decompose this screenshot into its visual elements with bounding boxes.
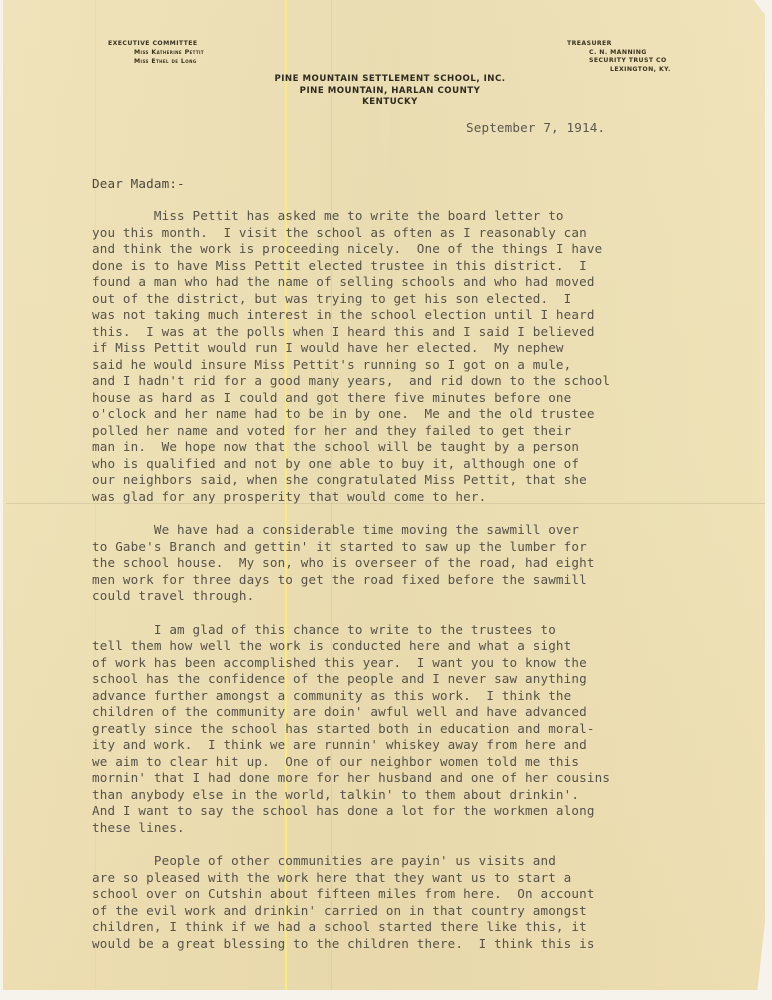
paragraph: Miss Pettit has asked me to write the bo… [92,208,712,505]
text-line: of the evil work and drinkin' carried on… [92,903,712,920]
text-line: done is to have Miss Pettit elected trus… [92,258,712,275]
text-line: and think the work is proceeding nicely.… [92,241,712,258]
text-line: this. I was at the polls when I heard th… [92,324,712,341]
text-line: o'clock and her name had to be in by one… [92,406,712,423]
text-line: People of other communities are payin' u… [92,853,712,870]
letter-salutation: Dear Madam:- [92,176,185,191]
text-line: would be a great blessing to the childre… [92,936,712,953]
paragraph: I am glad of this chance to write to the… [92,622,712,837]
paragraph: People of other communities are payin' u… [92,853,712,952]
text-line: mornin' that I had done more for her hus… [92,770,712,787]
text-line: who is qualified and not by one able to … [92,456,712,473]
text-line: and I hadn't rid for a good many years, … [92,373,712,390]
organization-state: KENTUCKY [250,97,530,109]
text-line: Miss Pettit has asked me to write the bo… [92,208,712,225]
letterhead-executive-committee: EXECUTIVE COMMITTEE Miss Katherine Petti… [108,39,204,66]
text-line: our neighbors said, when she congratulat… [92,472,712,489]
text-line: tell them how well the work is conducted… [92,638,712,655]
text-line: school over on Cutshin about fifteen mil… [92,886,712,903]
text-line: found a man who had the name of selling … [92,274,712,291]
paragraph: We have had a considerable time moving t… [92,522,712,605]
letter-body: Miss Pettit has asked me to write the bo… [92,208,712,969]
committee-heading: EXECUTIVE COMMITTEE [108,39,204,48]
text-line: the school house. My son, who is oversee… [92,555,712,572]
text-line: ity and work. I think we are runnin' whi… [92,737,712,754]
text-line: children, I think if we had a school sta… [92,919,712,936]
text-line: of work has been accomplished this year.… [92,655,712,672]
text-line: out of the district, but was trying to g… [92,291,712,308]
organization-name: PINE MOUNTAIN SETTLEMENT SCHOOL, INC. [250,74,530,86]
text-line: than anybody else in the world, talkin' … [92,787,712,804]
text-line: house as hard as I could and got there f… [92,390,712,407]
text-line: men work for three days to get the road … [92,572,712,589]
treasurer-heading: TREASURER [567,40,671,49]
text-line: are so pleased with the work here that t… [92,870,712,887]
committee-member: Miss Ethel de Long [108,57,204,66]
text-line: if Miss Pettit would run I would have he… [92,340,712,357]
text-line: And I want to say the school has done a … [92,803,712,820]
treasurer-name: C. N. MANNING [567,49,671,58]
text-line: children of the community are doin' awfu… [92,704,712,721]
text-line: man in. We hope now that the school will… [92,439,712,456]
text-line: We have had a considerable time moving t… [92,522,712,539]
text-line: advance further amongst a community as t… [92,688,712,705]
text-line: I am glad of this chance to write to the… [92,622,712,639]
letterhead-treasurer: TREASURER C. N. MANNING SECURITY TRUST C… [567,40,671,74]
text-line: these lines. [92,820,712,837]
text-line: to Gabe's Branch and gettin' it started … [92,539,712,556]
text-line: could travel through. [92,588,712,605]
text-line: school has the confidence of the people … [92,671,712,688]
text-line: we aim to clear hit up. One of our neigh… [92,754,712,771]
organization-location: PINE MOUNTAIN, HARLAN COUNTY [250,86,530,98]
text-line: said he would insure Miss Pettit's runni… [92,357,712,374]
letterhead-organization: PINE MOUNTAIN SETTLEMENT SCHOOL, INC. PI… [250,74,530,109]
text-line: was glad for any prosperity that would c… [92,489,712,506]
letter-date: September 7, 1914. [466,120,605,135]
text-line: greatly since the school has started bot… [92,721,712,738]
text-line: polled her name and voted for her and th… [92,423,712,440]
treasurer-company: SECURITY TRUST CO [567,57,671,66]
text-line: you this month. I visit the school as of… [92,225,712,242]
treasurer-city: LEXINGTON, KY. [567,66,671,75]
text-line: was not taking much interest in the scho… [92,307,712,324]
committee-member: Miss Katherine Pettit [108,48,204,57]
